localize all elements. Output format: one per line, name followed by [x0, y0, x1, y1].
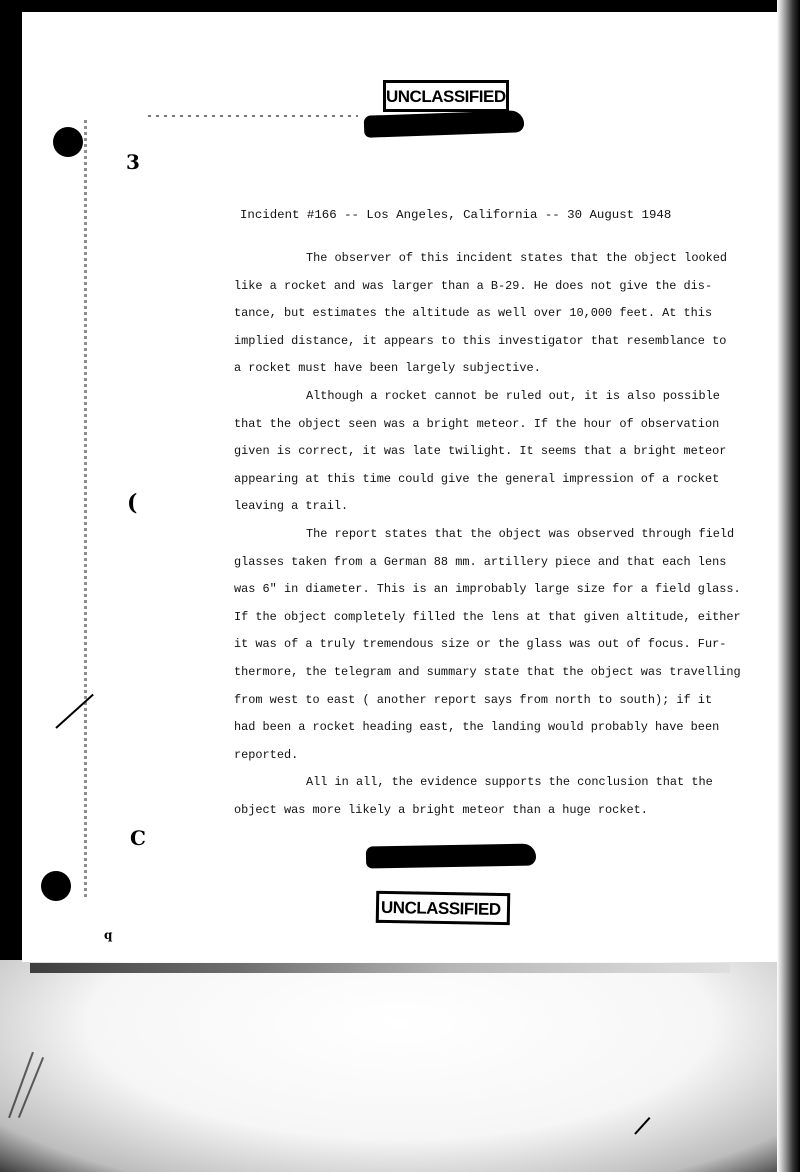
text-line: leaving a trail.	[234, 493, 734, 521]
faint-header-line	[148, 115, 358, 117]
classification-text-top: UNCLASSIFIED	[386, 87, 506, 107]
text-line: reported.	[234, 742, 734, 770]
scan-right-edge	[777, 0, 800, 1172]
text-line: object was more likely a bright meteor t…	[234, 797, 734, 825]
binding-fold-line	[84, 120, 87, 900]
text-line: a rocket must have been largely subjecti…	[234, 355, 734, 383]
text-line: implied distance, it appears to this inv…	[234, 328, 734, 356]
margin-mark-top: 3	[126, 150, 140, 174]
text-line: was 6" in diameter. This is an improbabl…	[234, 576, 734, 604]
text-line: appearing at this time could give the ge…	[234, 466, 734, 494]
margin-mark-lower: C	[130, 826, 146, 850]
memo-body: The observer of this incident states tha…	[234, 245, 734, 824]
scanner-bed	[0, 960, 800, 1172]
text-line: thermore, the telegram and summary state…	[234, 659, 734, 687]
text-line: from west to east ( another report says …	[234, 687, 734, 715]
text-line: given is correct, it was late twilight. …	[234, 438, 734, 466]
text-line: it was of a truly tremendous size or the…	[234, 631, 734, 659]
text-line: like a rocket and was larger than a B-29…	[234, 273, 734, 301]
text-line: tance, but estimates the altitude as wel…	[234, 300, 734, 328]
incident-heading: Incident #166 -- Los Angeles, California…	[240, 208, 671, 222]
margin-mark-footer: q	[104, 928, 112, 942]
margin-mark-middle: (	[127, 490, 137, 516]
text-line: The observer of this incident states tha…	[234, 245, 734, 273]
text-line: had been a rocket heading east, the land…	[234, 714, 734, 742]
text-line: Although a rocket cannot be ruled out, i…	[234, 383, 734, 411]
bottom-redaction	[366, 844, 536, 869]
classification-stamp-bottom: UNCLASSIFIED	[376, 891, 511, 925]
punch-hole-top	[53, 127, 83, 157]
text-line: If the object completely filled the lens…	[234, 604, 734, 632]
text-line: All in all, the evidence supports the co…	[234, 769, 734, 797]
punch-hole-bottom	[41, 871, 71, 901]
text-line: that the object seen was a bright meteor…	[234, 411, 734, 439]
scan-top-edge	[0, 0, 800, 12]
page-bottom-shadow	[30, 963, 730, 973]
classification-stamp-top: UNCLASSIFIED	[383, 80, 509, 112]
text-line: The report states that the object was ob…	[234, 521, 734, 549]
classification-text-bottom: UNCLASSIFIED	[381, 898, 501, 920]
text-line: glasses taken from a German 88 mm. artil…	[234, 549, 734, 577]
